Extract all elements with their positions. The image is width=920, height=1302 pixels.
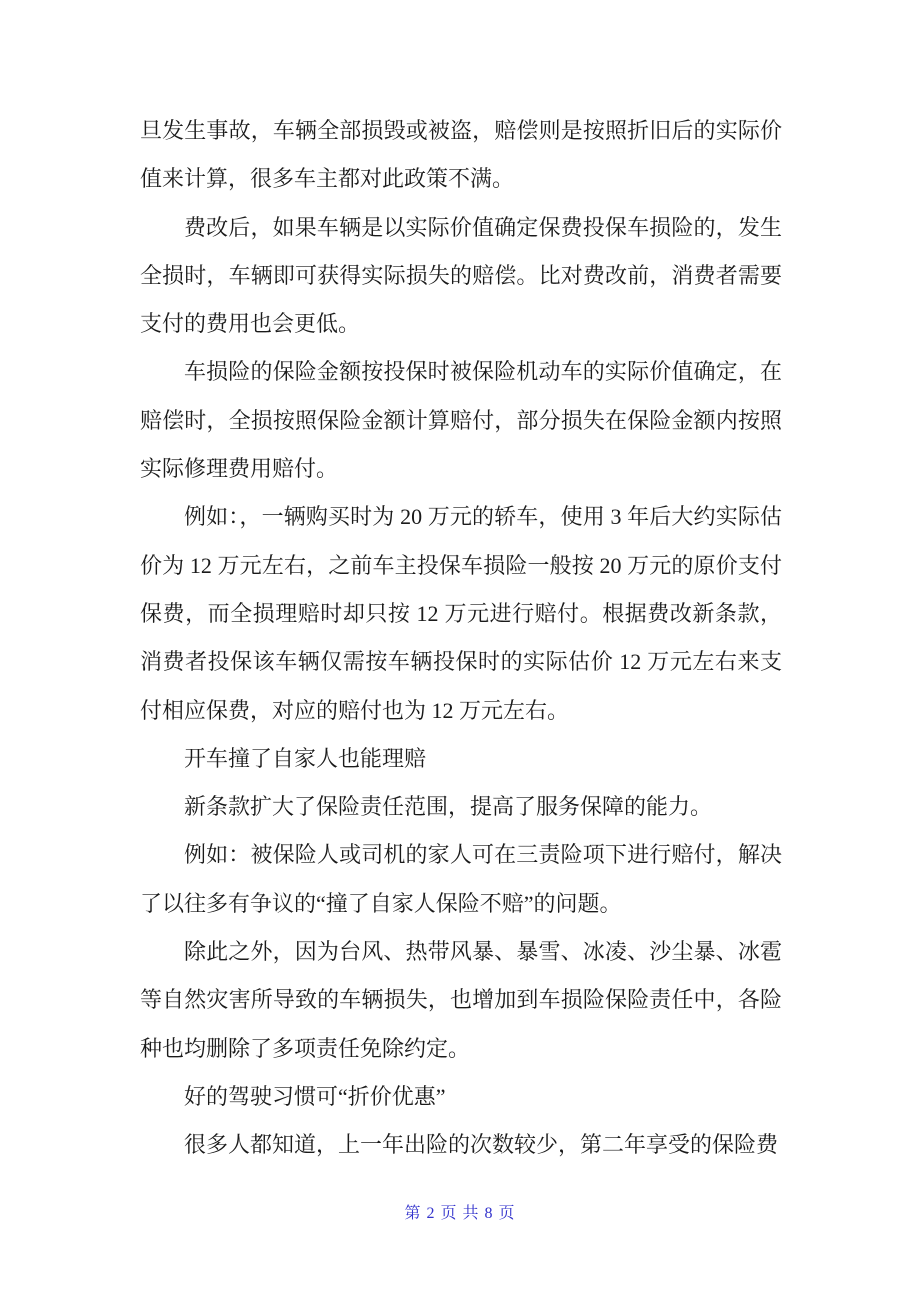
paragraph: 很多人都知道，上一年出险的次数较少，第二年享受的保险费 — [140, 1121, 782, 1169]
page-footer: 第 2 页 共 8 页 — [0, 1203, 920, 1225]
page-number-label: 第 2 页 共 8 页 — [404, 1205, 515, 1222]
paragraph: 例如：，一辆购买时为 20 万元的轿车，使用 3 年后大约实际估价为 12 万元… — [140, 493, 782, 734]
paragraph: 开车撞了自家人也能理赔 — [140, 735, 782, 783]
paragraph: 车损险的保险金额按投保时被保险机动车的实际价值确定，在赔偿时，全损按照保险金额计… — [140, 348, 782, 493]
paragraph: 好的驾驶习惯可“折价优惠” — [140, 1073, 782, 1121]
paragraph: 费改后，如果车辆是以实际价值确定保费投保车损险的，发生全损时，车辆即可获得实际损… — [140, 204, 782, 349]
document-body: 旦发生事故，车辆全部损毁或被盗，赔偿则是按照折旧后的实际价值来计算，很多车主都对… — [140, 107, 782, 1170]
paragraph: 新条款扩大了保险责任范围，提高了服务保障的能力。 — [140, 783, 782, 831]
paragraph: 例如：被保险人或司机的家人可在三责险项下进行赔付，解决了以往多有争议的“撞了自家… — [140, 831, 782, 928]
paragraph: 旦发生事故，车辆全部损毁或被盗，赔偿则是按照折旧后的实际价值来计算，很多车主都对… — [140, 107, 782, 204]
paragraph: 除此之外，因为台风、热带风暴、暴雪、冰凌、沙尘暴、冰雹等自然灾害所导致的车辆损失… — [140, 928, 782, 1073]
document-page: 旦发生事故，车辆全部损毁或被盗，赔偿则是按照折旧后的实际价值来计算，很多车主都对… — [0, 0, 920, 1302]
